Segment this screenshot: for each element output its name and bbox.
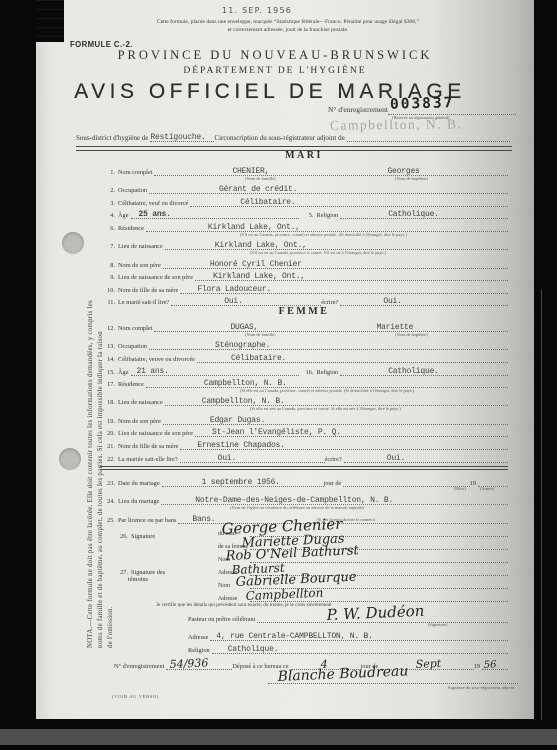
celebrant-label: Pasteur ou prêtre célébrant xyxy=(188,616,257,623)
typed-value: Bans. xyxy=(192,515,215,524)
date-received-stamp: 11. SEP. 1956 xyxy=(222,6,292,15)
field-line: Rob O'Neil Bathurst xyxy=(250,549,508,563)
typed-ecrire: Oui. xyxy=(383,297,401,306)
field-line: Honoré Cyril Chenier xyxy=(163,255,508,269)
field-mari-lieu-naissance: 7. Lieu de naissance Kirkland Lake, Ont.… xyxy=(100,238,508,251)
handwritten-registration-number: 54/936 xyxy=(170,657,209,672)
field-label-line1: Signature des xyxy=(131,569,167,576)
typed-value: Campbellton, N. B. xyxy=(202,397,285,406)
punch-hole-bottom xyxy=(59,448,81,470)
field-line-mois: (Mois) xyxy=(343,473,469,487)
mailing-notice-line1: Cette formule, placée dans une enveloppe… xyxy=(72,19,504,27)
verso-note: (VOIR AU VERSO) xyxy=(100,694,508,702)
field-label-age: Âge xyxy=(118,369,131,376)
registration-number-line: 003837 xyxy=(388,98,516,115)
row-number: 26. xyxy=(100,533,131,540)
typed-given-name: Mariette xyxy=(376,323,413,332)
registrar-signature-block: Blanche Boudreau Signature du sous-régis… xyxy=(268,670,518,689)
row-number: 22. xyxy=(100,456,118,463)
torn-corner-shadow xyxy=(36,0,64,42)
field-line: Sténographe. xyxy=(149,337,508,351)
typed-surname: CHENIER, xyxy=(232,167,269,176)
row-number: 13. xyxy=(100,343,118,350)
field-femme-residence: 17. Résidence Campbellton, N. B. xyxy=(100,376,508,389)
row-number: 3. xyxy=(100,200,118,207)
row-number: 10. xyxy=(100,287,118,294)
row-number: 17. xyxy=(100,381,118,388)
field-label: Nom complet xyxy=(118,169,154,176)
typed-surname: DUGAS, xyxy=(230,323,258,332)
field-label: Par licence ou par bans xyxy=(118,517,178,524)
field-femme-lieu-naissance: 18. Lieu de naissance Campbellton, N. B. xyxy=(100,394,508,407)
punch-hole-top xyxy=(62,232,84,254)
marriage-section-divider xyxy=(100,466,508,471)
field-label: Nom complet xyxy=(118,325,154,332)
row-number: 4. xyxy=(100,212,118,219)
field-line-religion: Catholique. xyxy=(340,206,508,220)
row-number: 9. xyxy=(100,274,118,281)
field-signatures-temoins: 27. Signature des témoins Nom Rob O'Neil… xyxy=(100,550,508,602)
field-line: Flora Ladouceur. xyxy=(180,280,508,294)
field-line: Campbellton xyxy=(250,588,508,602)
field-label: La mariée sait-elle lire? xyxy=(118,456,180,463)
field-label-ecrire: écrire? xyxy=(321,299,340,306)
field-line: Célibataire. xyxy=(197,349,508,363)
field-line-ecrire: Oui. xyxy=(340,293,508,307)
signature-group-label: 26. Signature xyxy=(100,524,218,550)
field-line-age: 21 ans. xyxy=(131,362,299,376)
field-line: Campbellton, N. B. xyxy=(165,393,508,407)
mailing-notice: Cette formule, placée dans une enveloppe… xyxy=(72,19,504,34)
field-line: Edgar Dugas. xyxy=(163,411,508,425)
scan-bottom-band xyxy=(0,729,557,745)
field-line-lire: Oui. xyxy=(180,449,325,463)
handwritten-month: Sept xyxy=(416,657,442,671)
field-line-religion: Catholique. xyxy=(340,362,508,376)
typed-ecrire: Oui. xyxy=(387,454,405,463)
field-line: St-Jean l'Evangéliste, P. Q. xyxy=(195,424,508,438)
field-label: Lieu de naissance xyxy=(118,399,165,406)
field-line: Kirkland Lake, Ont., xyxy=(146,218,508,232)
registration-number-label: N° d'enregistrement xyxy=(328,105,388,114)
field-line: Gérant de crédit. xyxy=(149,180,508,194)
field-label: Nom de fille de sa mère xyxy=(118,443,180,450)
field-line-date: 1 septembre 1956. xyxy=(162,473,324,487)
field-line: CHENIER, Georges xyxy=(154,162,508,176)
field-label: Signature xyxy=(131,533,157,540)
field-line: Célibataire. xyxy=(190,193,508,207)
row-number: 11. xyxy=(100,299,118,306)
handwritten-temoin2-adresse: Campbellton xyxy=(245,585,323,602)
row-number: 20. xyxy=(100,430,118,437)
field-line-annee: 56 xyxy=(482,653,508,670)
row-number: 19. xyxy=(100,418,118,425)
row-number: 24. xyxy=(100,498,118,505)
field-femme-sait-lire: 22. La mariée sait-elle lire? Oui. écrir… xyxy=(100,450,508,463)
row-number: 25. xyxy=(100,517,118,524)
field-mari-nom-complet: 1. Nom complet CHENIER, Georges xyxy=(100,163,508,176)
field-line-numero: 54/936 xyxy=(166,653,232,670)
row-number: 2. xyxy=(100,187,118,194)
field-line-ecrire: Oui. xyxy=(344,449,508,463)
field-label-ecrire: écrire? xyxy=(325,456,344,463)
typed-given-name: Georges xyxy=(387,167,419,176)
typed-value: Kirkland Lake, Ont., xyxy=(215,241,307,250)
province-heading: PROVINCE DU NOUVEAU-BRUNSWICK xyxy=(36,48,514,63)
field-line-lire: Oui. xyxy=(171,293,321,307)
typed-religion: Catholique. xyxy=(228,645,279,654)
field-label: Lieu de naissance xyxy=(118,243,165,250)
footer-registration-label: N° d'enregistrement xyxy=(114,663,166,670)
subdistrict-blank: Restigouche. xyxy=(150,129,214,142)
field-line: DUGAS, Mariette xyxy=(154,318,508,332)
field-femme-nom-complet: 12. Nom complet DUGAS, Mariette xyxy=(100,319,508,332)
field-line: P. W. Dudéon (Signature) xyxy=(257,609,508,623)
registrar-signature-sublabel: Signature du sous-régistrateur adjoint xyxy=(448,685,514,690)
typed-value: Kirkland Lake, Ont., xyxy=(208,223,300,232)
field-label: Résidence xyxy=(118,381,146,388)
typed-date: 1 septembre 1956. xyxy=(202,478,280,487)
field-line: Campbellton, N. B. xyxy=(146,375,508,389)
marriage-notice-page: 11. SEP. 1956 Cette formule, placée dans… xyxy=(36,0,534,719)
row-number: 18. xyxy=(100,399,118,406)
printed-year-prefix: 19 xyxy=(474,663,482,670)
field-line: Catholique. xyxy=(212,640,508,654)
row-number: 23. xyxy=(100,480,118,487)
field-label: Nom de son père xyxy=(118,418,163,425)
department-heading: DÉPARTEMENT DE L'HYGIÈNE xyxy=(36,66,514,76)
field-date-mariage: 23. Date du mariage 1 septembre 1956. jo… xyxy=(100,474,508,487)
scanned-document-background: 11. SEP. 1956 Cette formule, placée dans… xyxy=(0,0,557,750)
field-label-jour-de: jour de xyxy=(324,480,344,487)
row-number: 1. xyxy=(100,169,118,176)
row-number: 14. xyxy=(100,356,118,363)
field-label-age: Âge xyxy=(118,212,131,219)
field-line-age: 25 ans. xyxy=(131,206,299,220)
field-line: Notre-Dame-des-Neiges-de-Campbellton, N.… xyxy=(161,492,508,506)
row-number: 7. xyxy=(100,243,118,250)
typed-lire: Oui. xyxy=(224,297,242,306)
row-number: 27. xyxy=(100,569,131,576)
field-mari-sait-lire: 11. Le marié sait-il lire? Oui. écrire? … xyxy=(100,294,508,307)
typed-value: Notre-Dame-des-Neiges-de-Campbellton, N.… xyxy=(195,496,393,505)
printed-year-prefix: 19 xyxy=(470,480,478,487)
field-line: Kirkland Lake, Ont., xyxy=(165,237,508,251)
temoin2-adresse-line: Adresse Campbellton xyxy=(218,589,508,602)
field-label: Le marié sait-il lire? xyxy=(118,299,171,306)
typed-lire: Oui. xyxy=(218,454,236,463)
form-body: MARI 1. Nom complet CHENIER, Georges (No… xyxy=(100,150,508,702)
temoins-group-lines: Nom Rob O'Neil Bathurst Adresse Bathurst… xyxy=(218,550,508,602)
field-label: Résidence xyxy=(118,225,146,232)
field-line-annee: (Année) xyxy=(478,473,508,487)
registration-number-stamp: 003837 xyxy=(390,95,455,113)
field-label: Date du mariage xyxy=(118,480,162,487)
field-line: Ernestine Chapados. xyxy=(180,436,508,450)
typed-value: Campbellton, N. B. xyxy=(204,379,287,388)
subdistrict-label: Sous-district d'hygiène de xyxy=(76,134,150,142)
temoins-group-label: 27. Signature des témoins xyxy=(100,550,218,602)
field-lieu-mariage: 24. Lieu du mariage Notre-Dame-des-Neige… xyxy=(100,493,508,506)
field-line: 4, rue Centrale-CAMPBELLTON, N. B. xyxy=(210,627,508,641)
margin-note-line1: NOTA.—Cette formule ne doit pas être lac… xyxy=(86,176,96,648)
field-celebrant: Pasteur ou prêtre célébrant P. W. Dudéon… xyxy=(100,610,508,623)
mailing-notice-line2: et correctement adressée, jouit de la fr… xyxy=(72,27,504,35)
field-label-line2: témoins xyxy=(100,576,150,583)
row-number: 8. xyxy=(100,262,118,269)
row-number: 15. xyxy=(100,369,118,376)
circonscription-label: Circonscription du sous-régistrateur adj… xyxy=(214,134,346,142)
field-label: Occupation xyxy=(118,343,149,350)
row-number: 12. xyxy=(100,325,118,332)
subdistrict-line: Sous-district d'hygiène de Restigouche. … xyxy=(76,130,510,142)
row-number: 21. xyxy=(100,443,118,450)
field-line: Kirkland Lake, Ont., xyxy=(195,268,508,282)
field-mari-residence: 6. Résidence Kirkland Lake, Ont., xyxy=(100,219,508,232)
field-label: Occupation xyxy=(118,187,149,194)
field-label: Lieu du mariage xyxy=(118,498,161,505)
scan-streak xyxy=(541,290,542,720)
signature-group-lines: du mari George Chenier de sa femme Marie… xyxy=(218,524,508,550)
field-label: Nom de son père xyxy=(118,262,163,269)
adresse-label: Adresse xyxy=(188,634,210,641)
circonscription-blank xyxy=(347,129,510,142)
row-number: 6. xyxy=(100,225,118,232)
subdistrict-value: Restigouche. xyxy=(150,133,205,142)
handwritten-celebrant-signature: P. W. Dudéon xyxy=(327,601,425,623)
